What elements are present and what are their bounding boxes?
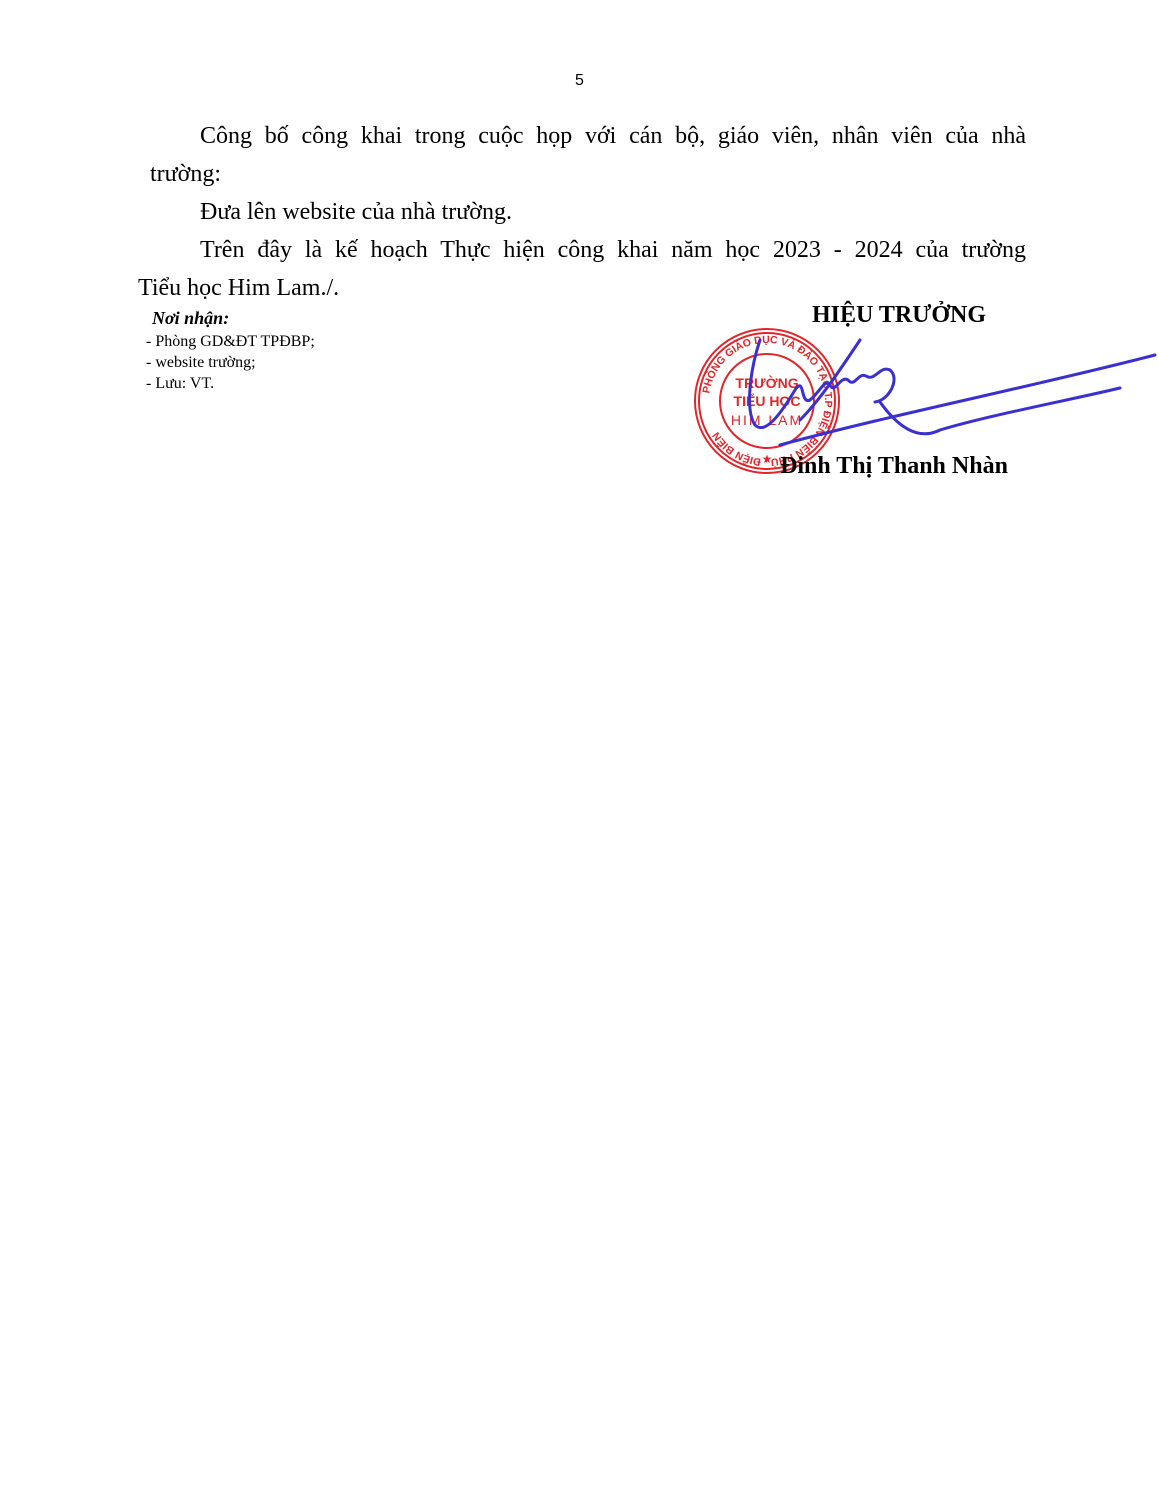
recipients-title: Nơi nhận: [146, 308, 315, 329]
paragraph-line: Công bố công khai trong cuộc họp với cán… [146, 117, 1026, 155]
signer-title: HIỆU TRƯỞNG [812, 302, 986, 329]
recipient-item: - Phòng GD&ĐT TPĐBP; [146, 331, 315, 352]
recipients-block: Nơi nhận: - Phòng GD&ĐT TPĐBP; - website… [146, 308, 315, 394]
paragraph-line: Tiểu học Him Lam./. [138, 275, 339, 301]
paragraph-website: Đưa lên website của nhà trường. [146, 193, 1080, 231]
paragraph-conclusion: Trên đây là kế hoạch Thực hiện công khai… [138, 231, 1026, 307]
paragraph-announcement: Công bố công khai trong cuộc họp với cán… [146, 117, 1026, 193]
handwritten-signature [740, 330, 1159, 450]
paragraph-line: trường: [146, 155, 1026, 193]
page-number: 5 [0, 72, 1159, 90]
recipient-item: - Lưu: VT. [146, 373, 315, 394]
signer-name: Đinh Thị Thanh Nhàn [780, 453, 1008, 480]
star-icon: ★ [762, 452, 773, 466]
paragraph-line: Trên đây là kế hoạch Thực hiện công khai… [138, 231, 1026, 269]
recipient-item: - website trường; [146, 352, 315, 373]
